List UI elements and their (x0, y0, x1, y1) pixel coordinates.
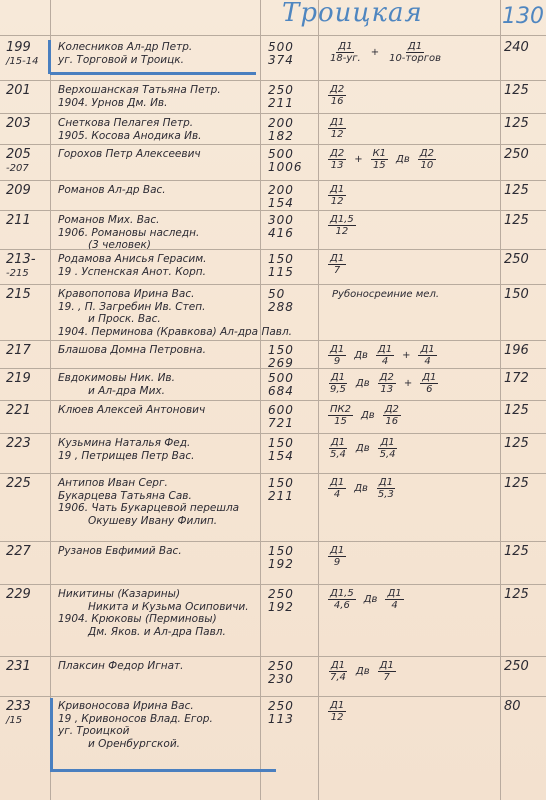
building-fraction: Д110-торгов (387, 41, 443, 64)
owner-line: уг. Троицкой (58, 725, 258, 738)
lot-number: 203 (2, 117, 52, 131)
fraction-bottom: 10 (418, 160, 435, 171)
building-notes: ПК215ДвД216 (326, 404, 498, 427)
area-value: 192 (268, 601, 320, 614)
building-notes: Д14ДвД15,3 (326, 477, 498, 500)
building-notes: Рубоносреиние мел. (326, 288, 498, 302)
plot-area: 50288 (264, 288, 320, 314)
building-fraction: Д213 (378, 372, 396, 395)
owner-line: 1906. Чать Букарцевой перешла (58, 502, 258, 515)
fraction-bottom: 15 (332, 416, 349, 427)
owner-line: Никита и Кузьма Осиповичи. (58, 601, 258, 614)
fraction-top: Д1 (329, 372, 347, 384)
row-divider (0, 584, 546, 585)
plot-area: 150154 (264, 437, 320, 463)
building-fraction: Д15,4 (328, 437, 348, 460)
area-value: 230 (268, 673, 320, 686)
fraction-bottom: 4,6 (332, 600, 352, 611)
owner-line: Клюев Алексей Антонович (58, 404, 258, 417)
valuation: 172 (504, 372, 544, 385)
owner-line: Никитины (Казарины) (58, 588, 258, 601)
lot-number-part: 203 (6, 117, 52, 131)
fraction-bottom: 9 (332, 356, 342, 367)
row-divider (0, 400, 546, 401)
fraction-bottom: 18-уг. (328, 53, 363, 64)
building-fraction: Д15,4 (378, 437, 398, 460)
owner-line: Романов Мих. Вас. (58, 214, 258, 227)
ledger-page: Троицкая 130 199/15-14Колесников Ал-др П… (0, 0, 546, 800)
fraction-bottom: 12 (329, 129, 346, 140)
lot-number-part: 215 (6, 288, 52, 302)
note-text: Дв (356, 377, 370, 390)
fraction-bottom: 4 (332, 489, 342, 500)
fraction-top: Д1 (406, 41, 424, 53)
owner-line: Кривоносова Ирина Вас. (58, 700, 258, 713)
building-fraction: Д16 (420, 372, 438, 395)
lot-number: 211 (2, 214, 52, 228)
row-divider (0, 180, 546, 181)
building-notes: Д17 (326, 253, 498, 276)
row-divider (0, 113, 546, 114)
fraction-bottom: 12 (333, 226, 350, 237)
building-fraction: ПК215 (328, 404, 353, 427)
blue-bracket-mark (48, 40, 51, 74)
row-divider (0, 249, 546, 250)
lot-number-part: 229 (6, 588, 52, 602)
plot-area: 5001006 (264, 148, 320, 174)
fraction-bottom: 5,3 (376, 489, 396, 500)
valuation: 125 (504, 84, 544, 97)
row-divider (0, 433, 546, 434)
building-notes: Д19ДвД14+Д14 (326, 344, 498, 367)
owner-line: Кравопопова Ирина Вас. (58, 288, 258, 301)
note-text: + (404, 377, 412, 390)
owner-line: Горохов Петр Алексеевич (58, 148, 258, 161)
owner-line: Родамова Анисья Герасим. (58, 253, 258, 266)
fraction-top: Д1 (385, 588, 403, 600)
row-divider (0, 541, 546, 542)
building-notes: Д112 (326, 184, 498, 207)
building-fraction: Д19 (328, 344, 346, 367)
lot-number-part: 201 (6, 84, 52, 98)
area-value: 211 (268, 97, 320, 110)
building-fraction: Д118-уг. (328, 41, 363, 64)
plot-area: 150192 (264, 545, 320, 571)
owner-names: Плаксин Федор Игнат. (58, 660, 258, 673)
lot-number: 201 (2, 84, 52, 98)
owner-names: Горохов Петр Алексеевич (58, 148, 258, 161)
note-text: Дв (354, 482, 368, 495)
building-fraction: Д14 (385, 588, 403, 611)
row-divider (0, 80, 546, 81)
owner-line: 19 , Кривоносов Влад. Егор. (58, 713, 258, 726)
area-value: 113 (268, 713, 320, 726)
lot-number: 233/15 (2, 700, 52, 728)
fraction-top: Д1 (378, 437, 396, 449)
fraction-bottom: 6 (424, 384, 434, 395)
building-notes: Д1,54,6ДвД14 (326, 588, 498, 611)
lot-number-part: 209 (6, 184, 52, 198)
lot-number-part: /15 (6, 714, 52, 728)
lot-number-part: 219 (6, 372, 52, 386)
owner-line: Букарцева Татьяна Сав. (58, 490, 258, 503)
valuation: 240 (504, 41, 544, 54)
owner-line: 19. , П. Загребин Ив. Степ. (58, 301, 258, 314)
valuation: 196 (504, 344, 544, 357)
lot-number-part: -207 (6, 162, 52, 176)
fraction-bottom: 5,4 (328, 449, 348, 460)
lot-number: 223 (2, 437, 52, 451)
fraction-top: Д1 (329, 660, 347, 672)
row-divider (0, 656, 546, 657)
fraction-top: Д1 (329, 437, 347, 449)
fraction-top: Д1 (328, 700, 346, 712)
building-notes: Д213+К115ДвД210 (326, 148, 498, 171)
fraction-top: Д1,5 (328, 588, 356, 600)
lot-number-part: 233 (6, 700, 52, 714)
owner-line: и Оренбургской. (58, 738, 258, 751)
fraction-bottom: 5,4 (378, 449, 398, 460)
lot-number-part: -215 (6, 267, 52, 281)
building-fraction: Д1,512 (328, 214, 356, 237)
valuation: 250 (504, 148, 544, 161)
plot-area: 250192 (264, 588, 320, 614)
fraction-top: Д1 (378, 660, 396, 672)
plot-area: 250230 (264, 660, 320, 686)
lot-number: 217 (2, 344, 52, 358)
building-notes: Д19,5ДвД213+Д16 (326, 372, 498, 395)
row-divider (0, 696, 546, 697)
lot-number-part: 213- (6, 253, 52, 267)
valuation: 80 (504, 700, 544, 713)
owner-line: Верхошанская Татьяна Петр. (58, 84, 258, 97)
lot-number-part: 221 (6, 404, 52, 418)
lot-number: 219 (2, 372, 52, 386)
building-fraction: Д216 (383, 404, 401, 427)
building-fraction: К115 (371, 148, 388, 171)
owner-names: Колесников Ал-др Петр.уг. Торговой и Тро… (58, 41, 258, 66)
building-fraction: Д19 (328, 545, 346, 568)
building-fraction: Д19,5 (328, 372, 348, 395)
fraction-bottom: 12 (329, 712, 346, 723)
lot-number-part: 217 (6, 344, 52, 358)
note-text: Дв (364, 593, 378, 606)
row-divider (0, 144, 546, 145)
plot-area: 500684 (264, 372, 320, 398)
owner-line: Кузьмина Наталья Фед. (58, 437, 258, 450)
owner-line: Дм. Яков. и Ал-дра Павл. (58, 626, 258, 639)
fraction-top: Д2 (328, 84, 346, 96)
area-value: 416 (268, 227, 320, 240)
note-text: + (354, 153, 362, 166)
lot-number-part: 199 (6, 41, 52, 55)
owner-line: 1904. Перминова (Кравкова) Ал-дра Павл. (58, 326, 258, 339)
valuation: 125 (504, 404, 544, 417)
fraction-bottom: 12 (329, 196, 346, 207)
plot-area: 250211 (264, 84, 320, 110)
area-value: 288 (268, 301, 320, 314)
plot-area: 200154 (264, 184, 320, 210)
lot-number: 221 (2, 404, 52, 418)
building-fraction: Д112 (328, 184, 346, 207)
fraction-bottom: 4 (380, 356, 390, 367)
note-text: + (371, 46, 379, 59)
plot-area: 250113 (264, 700, 320, 726)
fraction-bottom: 13 (329, 160, 346, 171)
valuation: 150 (504, 288, 544, 301)
lot-number: 227 (2, 545, 52, 559)
building-fraction: Д216 (328, 84, 346, 107)
lot-number: 205-207 (2, 148, 52, 176)
valuation: 250 (504, 253, 544, 266)
fraction-bottom: 7 (382, 672, 392, 683)
area-value: 721 (268, 417, 320, 430)
fraction-bottom: 9 (332, 557, 342, 568)
note-text: Дв (356, 442, 370, 455)
area-value: 1006 (268, 161, 320, 174)
valuation: 250 (504, 660, 544, 673)
lot-number-part: 231 (6, 660, 52, 674)
owner-line: 1904. Урнов Дм. Ив. (58, 97, 258, 110)
owner-names: Кравопопова Ирина Вас.19. , П. Загребин … (58, 288, 258, 338)
building-notes: Д112 (326, 700, 498, 723)
owner-names: Верхошанская Татьяна Петр.1904. Урнов Дм… (58, 84, 258, 109)
area-value: 154 (268, 450, 320, 463)
building-fraction: Д14 (376, 344, 394, 367)
area-value: 211 (268, 490, 320, 503)
note-text: Рубоносреиние мел. (332, 288, 439, 301)
row-divider (0, 368, 546, 369)
fraction-top: Д2 (383, 404, 401, 416)
building-fraction: Д17 (328, 253, 346, 276)
owner-line: 1905. Косова Анодика Ив. (58, 130, 258, 143)
fraction-bottom: 9,5 (328, 384, 348, 395)
building-fraction: Д14 (418, 344, 436, 367)
valuation: 125 (504, 214, 544, 227)
row-divider (0, 340, 546, 341)
owner-line: уг. Торговой и Троицк. (58, 54, 258, 67)
building-fraction: Д112 (328, 117, 346, 140)
fraction-top: Д1 (328, 117, 346, 129)
fraction-bottom: 15 (371, 160, 388, 171)
building-notes: Д19 (326, 545, 498, 568)
fraction-top: К1 (371, 148, 388, 160)
building-notes: Д112 (326, 117, 498, 140)
lot-number-part: 205 (6, 148, 52, 162)
fraction-top: Д2 (328, 148, 346, 160)
fraction-top: Д1 (328, 545, 346, 557)
owner-line: и Проск. Вас. (58, 313, 258, 326)
owner-names: Никитины (Казарины)Никита и Кузьма Осипо… (58, 588, 258, 638)
building-fraction: Д112 (328, 700, 346, 723)
owner-line: Блашова Домна Петровна. (58, 344, 258, 357)
fraction-bottom: 7,4 (328, 672, 348, 683)
building-notes: Д1,512 (326, 214, 498, 237)
owner-line: Колесников Ал-др Петр. (58, 41, 258, 54)
valuation: 125 (504, 117, 544, 130)
owner-line: 1906. Романовы наследн. (58, 227, 258, 240)
fraction-top: Д1,5 (328, 214, 356, 226)
fraction-bottom: 10-торгов (387, 53, 443, 64)
row-divider (0, 284, 546, 285)
fraction-top: Д1 (328, 477, 346, 489)
area-value: 115 (268, 266, 320, 279)
lot-number: 209 (2, 184, 52, 198)
owner-line: Рузанов Евфимий Вас. (58, 545, 258, 558)
fraction-top: Д1 (418, 344, 436, 356)
lot-number-part: 227 (6, 545, 52, 559)
blue-underline-mark (50, 72, 256, 75)
fraction-top: Д1 (377, 477, 395, 489)
note-text: Дв (361, 409, 375, 422)
header-divider (0, 35, 546, 36)
lot-number: 213--215 (2, 253, 52, 281)
building-notes: Д15,4ДвД15,4 (326, 437, 498, 460)
valuation: 125 (504, 477, 544, 490)
building-fraction: Д1,54,6 (328, 588, 356, 611)
note-text: Дв (354, 349, 368, 362)
plot-area: 150211 (264, 477, 320, 503)
owner-line: 19 . Успенская Анот. Корп. (58, 266, 258, 279)
owner-line: Романов Ал-др Вас. (58, 184, 258, 197)
plot-area: 300416 (264, 214, 320, 240)
plot-area: 600721 (264, 404, 320, 430)
building-fraction: Д15,3 (376, 477, 396, 500)
lot-number-part: 211 (6, 214, 52, 228)
blue-underline-mark (50, 769, 276, 772)
owner-line: 19 , Петрищев Петр Вас. (58, 450, 258, 463)
owner-names: Романов Мих. Вас.1906. Романовы наследн.… (58, 214, 258, 252)
lot-number-part: /15-14 (6, 55, 52, 69)
area-value: 154 (268, 197, 320, 210)
lot-number-part: 223 (6, 437, 52, 451)
fraction-top: Д1 (376, 344, 394, 356)
building-fraction: Д17,4 (328, 660, 348, 683)
owner-names: Антипов Иван Серг.Букарцева Татьяна Сав.… (58, 477, 258, 527)
building-notes: Д216 (326, 84, 498, 107)
valuation: 125 (504, 184, 544, 197)
owner-names: Романов Ал-др Вас. (58, 184, 258, 197)
plot-area: 150269 (264, 344, 320, 370)
page-number: 130 (500, 4, 546, 29)
owner-line: Снеткова Пелагея Петр. (58, 117, 258, 130)
fraction-top: Д2 (418, 148, 436, 160)
valuation: 125 (504, 545, 544, 558)
building-fraction: Д210 (418, 148, 436, 171)
building-fraction: Д17 (378, 660, 396, 683)
owner-names: Родамова Анисья Герасим.19 . Успенская А… (58, 253, 258, 278)
owner-names: Клюев Алексей Антонович (58, 404, 258, 417)
lot-number: 231 (2, 660, 52, 674)
fraction-bottom: 16 (383, 416, 400, 427)
plot-area: 500374 (264, 41, 320, 67)
building-fraction: Д213 (328, 148, 346, 171)
lot-number-part: 225 (6, 477, 52, 491)
owner-names: Евдокимовы Ник. Ив.и Ал-дра Мих. (58, 372, 258, 397)
fraction-top: ПК2 (328, 404, 353, 416)
row-divider (0, 473, 546, 474)
fraction-bottom: 13 (378, 384, 395, 395)
area-value: 182 (268, 130, 320, 143)
valuation: 125 (504, 437, 544, 450)
fraction-bottom: 16 (329, 96, 346, 107)
note-text: + (402, 349, 410, 362)
fraction-bottom: 7 (332, 265, 342, 276)
owner-names: Кривоносова Ирина Вас.19 , Кривоносов Вл… (58, 700, 258, 750)
owner-line: 1904. Крюковы (Перминовы) (58, 613, 258, 626)
owner-names: Кузьмина Наталья Фед.19 , Петрищев Петр … (58, 437, 258, 462)
fraction-top: Д1 (328, 253, 346, 265)
fraction-top: Д1 (420, 372, 438, 384)
owner-line: Антипов Иван Серг. (58, 477, 258, 490)
blue-bracket-mark (50, 698, 53, 770)
fraction-top: Д2 (378, 372, 396, 384)
fraction-bottom: 4 (422, 356, 432, 367)
area-value: 684 (268, 385, 320, 398)
note-text: Дв (396, 153, 410, 166)
valuation: 125 (504, 588, 544, 601)
owner-line: Евдокимовы Ник. Ив. (58, 372, 258, 385)
fraction-top: Д1 (328, 184, 346, 196)
lot-number: 229 (2, 588, 52, 602)
building-notes: Д118-уг.+Д110-торгов (326, 41, 498, 64)
lot-number: 215 (2, 288, 52, 302)
owner-names: Снеткова Пелагея Петр.1905. Косова Аноди… (58, 117, 258, 142)
lot-number: 199/15-14 (2, 41, 52, 69)
building-fraction: Д14 (328, 477, 346, 500)
plot-area: 200182 (264, 117, 320, 143)
owner-line: Плаксин Федор Игнат. (58, 660, 258, 673)
area-value: 192 (268, 558, 320, 571)
fraction-top: Д1 (336, 41, 354, 53)
area-value: 374 (268, 54, 320, 67)
owner-names: Блашова Домна Петровна. (58, 344, 258, 357)
fraction-top: Д1 (328, 344, 346, 356)
owner-line: и Ал-дра Мих. (58, 385, 258, 398)
owner-names: Рузанов Евфимий Вас. (58, 545, 258, 558)
building-notes: Д17,4ДвД17 (326, 660, 498, 683)
owner-line: Окушеву Ивану Филип. (58, 515, 258, 528)
row-divider (0, 210, 546, 211)
fraction-bottom: 4 (389, 600, 399, 611)
plot-area: 150115 (264, 253, 320, 279)
street-heading: Троицкая (282, 0, 423, 28)
note-text: Дв (356, 665, 370, 678)
lot-number: 225 (2, 477, 52, 491)
